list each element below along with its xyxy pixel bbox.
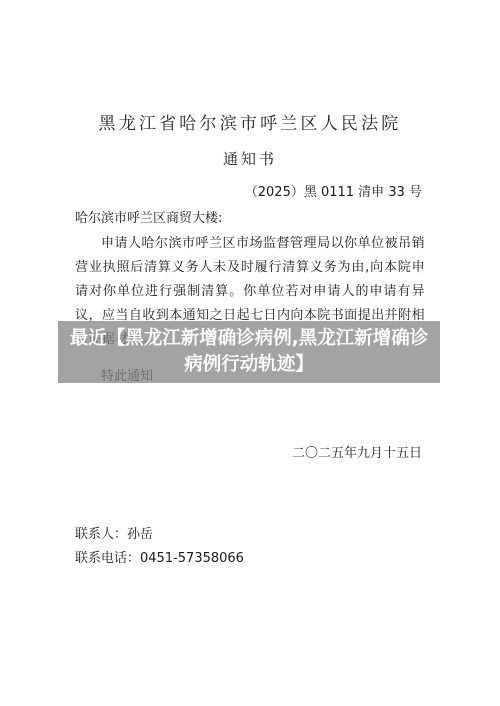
headline-overlay-banner[interactable]: 最近【黑龙江新增确诊病例,黑龙江新增确诊病例行动轨迹】 [58,321,440,383]
headline-overlay-text: 最近【黑龙江新增确诊病例,黑龙江新增确诊病例行动轨迹】 [63,326,435,378]
addressee: 哈尔滨市呼兰区商贸大楼: [75,207,222,226]
contact-phone: 联系电话：0451-57358066 [75,547,244,566]
court-title: 黑龙江省哈尔滨市呼兰区人民法院 [0,109,500,134]
issue-date: 二〇二五年九月十五日 [292,442,422,461]
contact-person: 联系人：孙岳 [75,523,153,542]
notice-document: 黑龙江省哈尔滨市呼兰区人民法院 通知书 （2025）黑 0111 清申 33 号… [0,0,500,706]
case-number: （2025）黑 0111 清申 33 号 [245,181,422,200]
document-type-heading: 通知书 [0,148,500,169]
